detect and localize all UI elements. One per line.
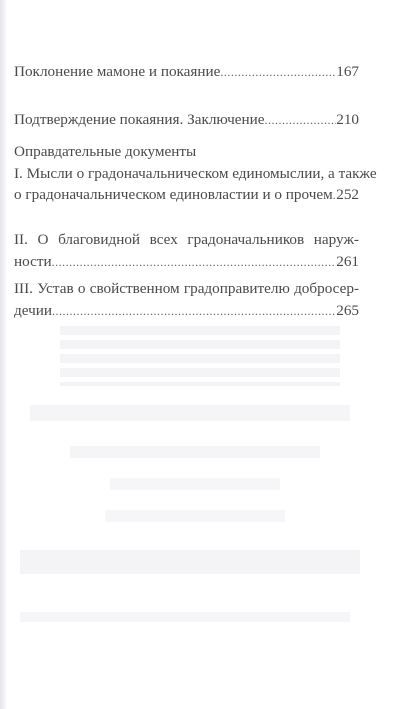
toc-entry-page: 210 bbox=[336, 110, 359, 130]
dot-leader bbox=[265, 110, 337, 130]
toc-entry-title: дечии bbox=[14, 301, 52, 321]
toc-entry-title: Поклонение мамоне и покаяние bbox=[14, 62, 220, 82]
toc-entry-line[interactable]: III. Устав о свойственном градоправителю… bbox=[14, 279, 359, 299]
toc-entry-title: III. Устав о свойственном градоправителю… bbox=[14, 279, 359, 299]
toc-page: Поклонение мамоне и покаяние 167 Подтвер… bbox=[14, 0, 359, 709]
toc-entry[interactable]: дечии 265 bbox=[14, 301, 359, 321]
dot-leader bbox=[220, 62, 336, 82]
toc-entry-page: 167 bbox=[336, 62, 359, 82]
appendix-heading-text: Оправдательные документы bbox=[14, 142, 196, 162]
toc-entry-line[interactable]: I. Мысли о градоначальническом единомысл… bbox=[14, 164, 359, 184]
toc-entry[interactable]: Поклонение мамоне и покаяние 167 bbox=[14, 62, 359, 82]
dot-leader bbox=[52, 301, 336, 321]
toc-entry-page: 252 bbox=[336, 185, 359, 205]
toc-entry-title: о градоначальническом единовластии и о п… bbox=[14, 185, 333, 205]
toc-entry-title: Подтверждение покаяния. Заключение bbox=[14, 110, 265, 130]
appendix-heading: Оправдательные документы bbox=[14, 142, 359, 162]
toc-entry-title: II. О благовидной всех градоначальников … bbox=[14, 230, 359, 250]
page-edge-shadow bbox=[0, 0, 7, 709]
dot-leader bbox=[52, 252, 337, 272]
toc-entry-title: ности bbox=[14, 252, 52, 272]
toc-entry-line[interactable]: II. О благовидной всех градоначальников … bbox=[14, 230, 359, 250]
toc-entry[interactable]: о градоначальническом единовластии и о п… bbox=[14, 185, 359, 205]
toc-entry[interactable]: ности 261 bbox=[14, 252, 359, 272]
toc-entry-title: I. Мысли о градоначальническом единомысл… bbox=[14, 164, 359, 184]
toc-entry-page: 265 bbox=[336, 301, 359, 321]
toc-entry[interactable]: Подтверждение покаяния. Заключение 210 bbox=[14, 110, 359, 130]
toc-entry-page: 261 bbox=[336, 252, 359, 272]
